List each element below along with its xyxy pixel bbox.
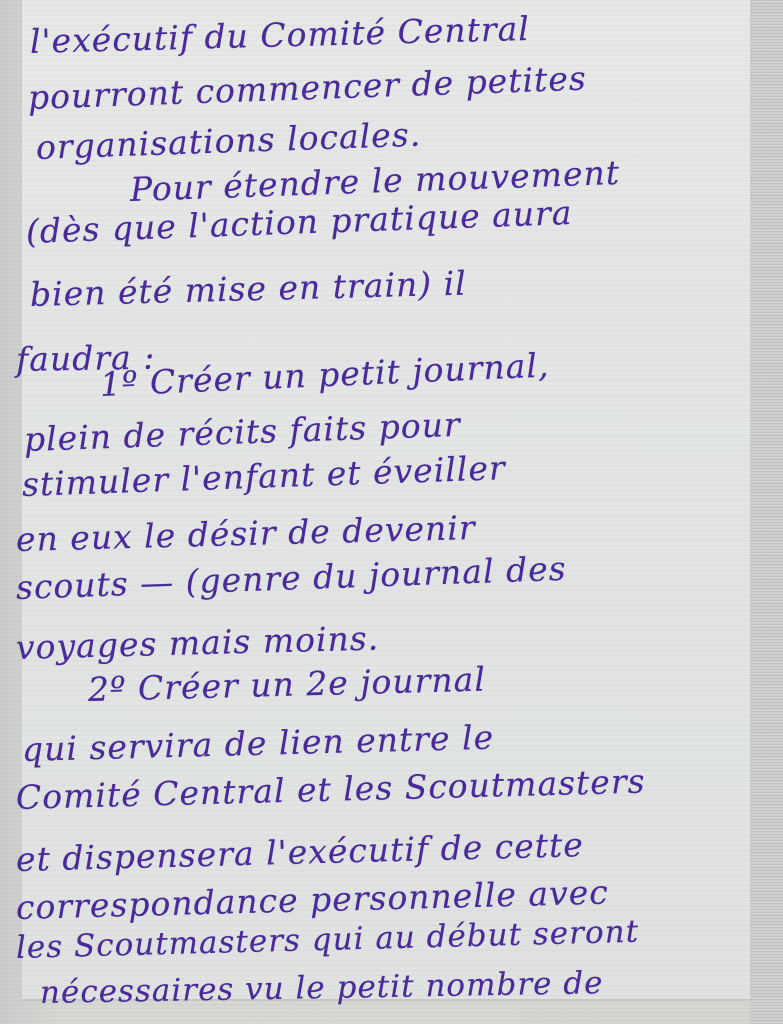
adjacent-page-edge [750, 0, 783, 1024]
